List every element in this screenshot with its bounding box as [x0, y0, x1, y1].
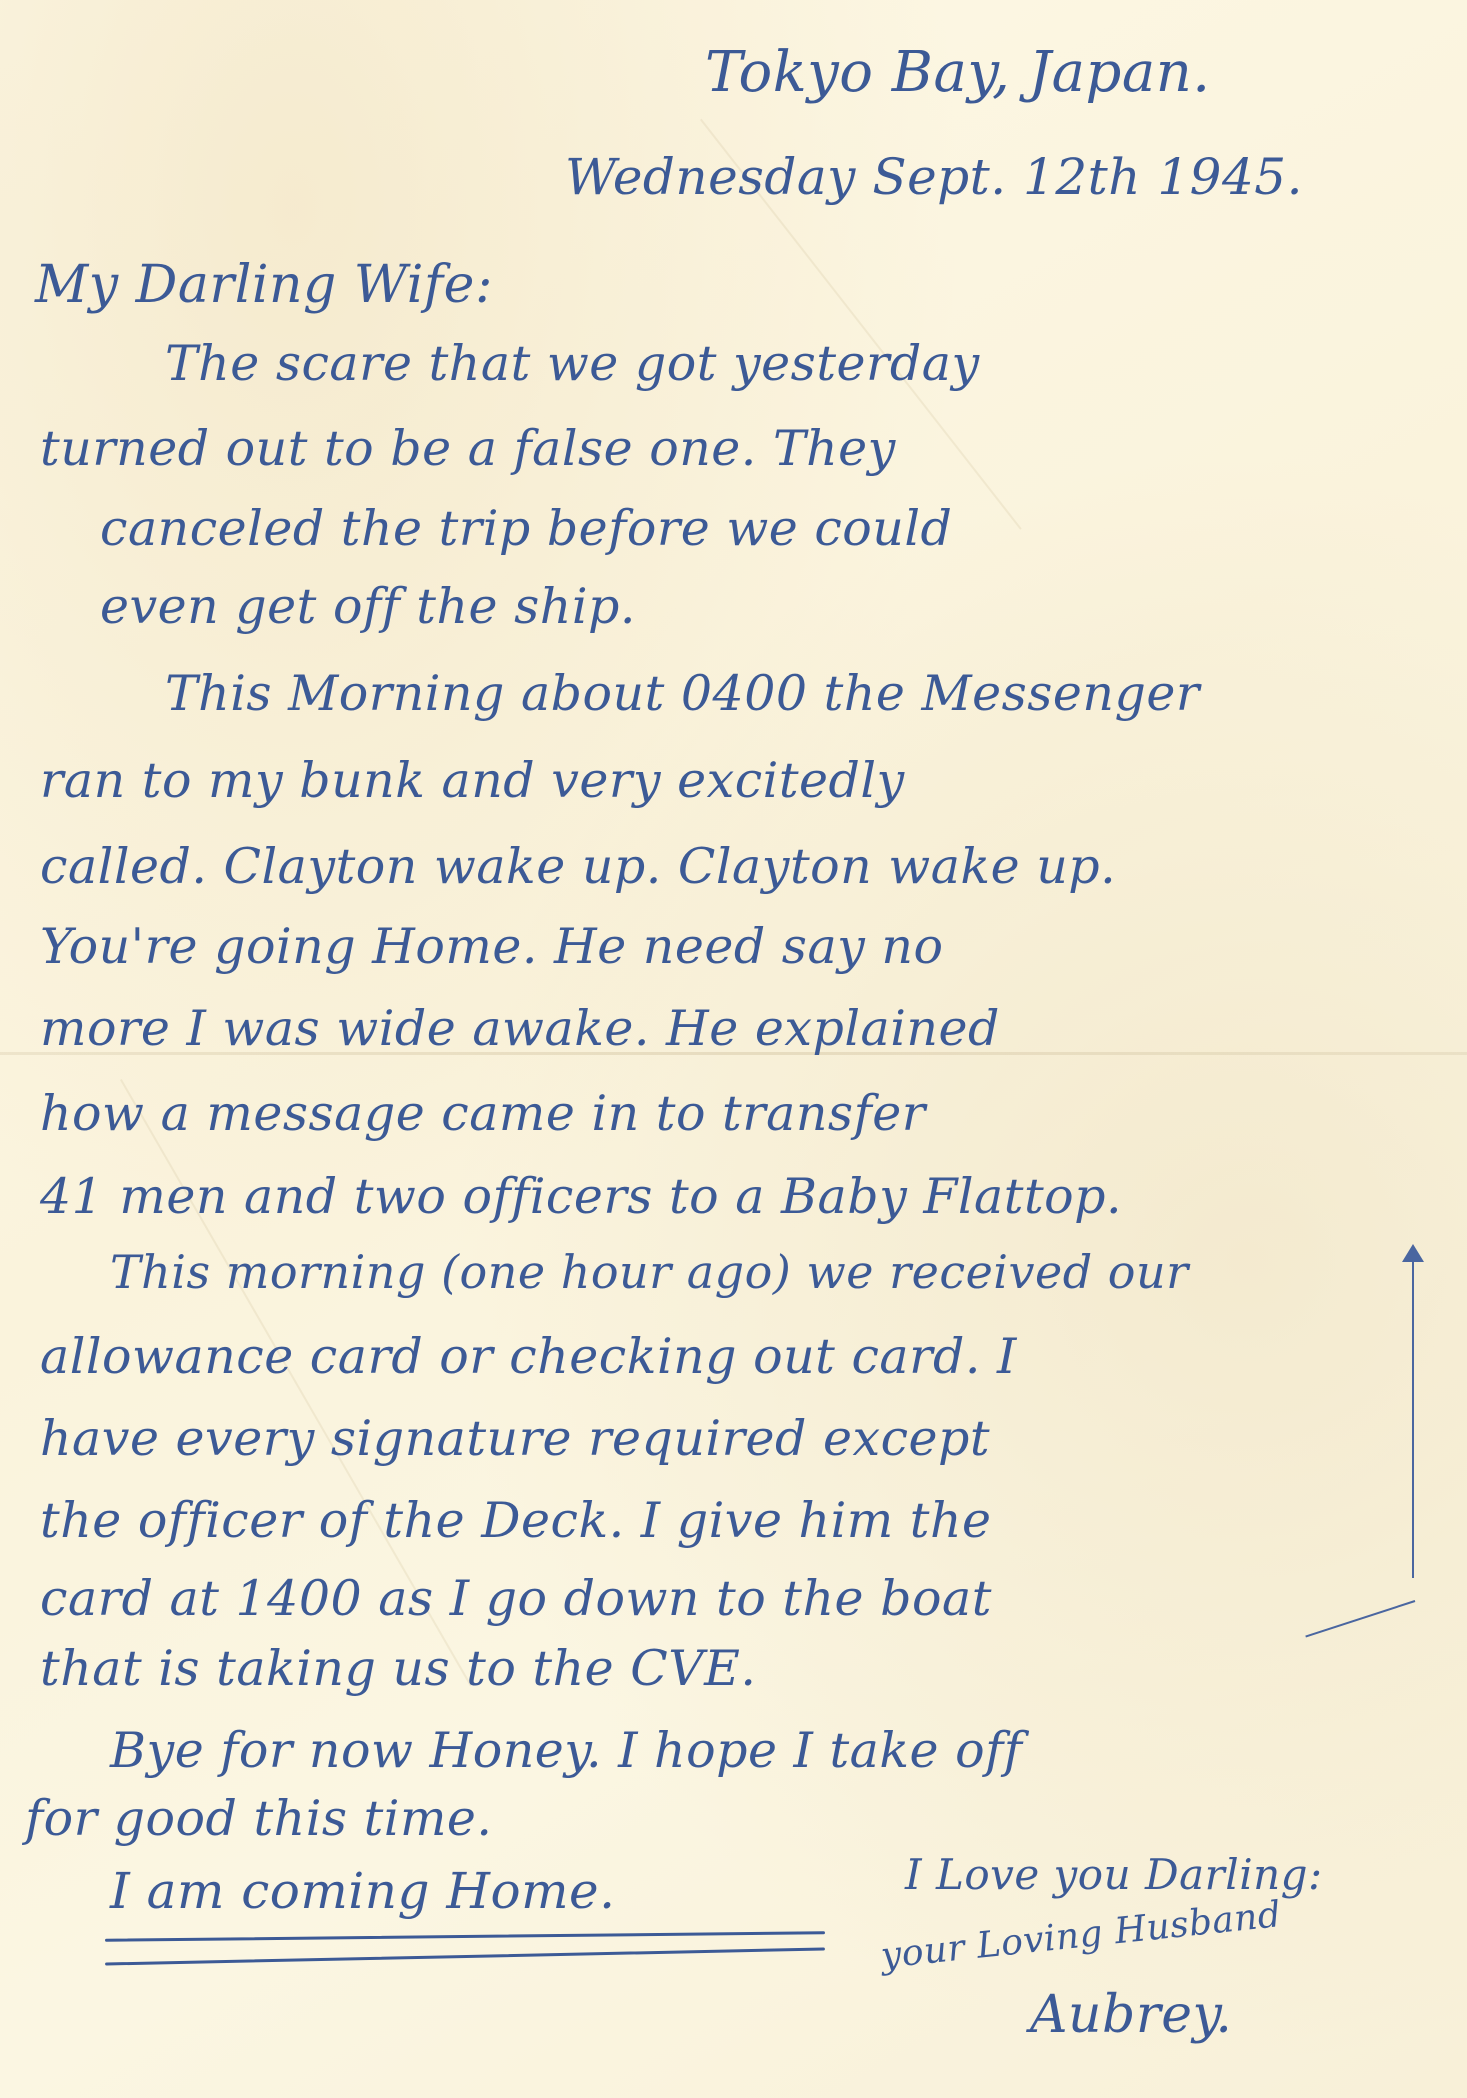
- body-line: 41 men and two officers to a Baby Flatto…: [40, 1168, 1122, 1225]
- body-line: how a message came in to transfer: [40, 1085, 926, 1142]
- body-line: card at 1400 as I go down to the boat: [40, 1570, 992, 1627]
- body-line: allowance card or checking out card. I: [40, 1328, 1017, 1385]
- body-line: the officer of the Deck. I give him the: [40, 1492, 992, 1549]
- body-line: canceled the trip before we could: [100, 500, 952, 557]
- margin-arrow-line: [1412, 1248, 1414, 1578]
- body-line: ran to my bunk and very excitedly: [40, 752, 905, 809]
- salutation: My Darling Wife:: [35, 255, 493, 315]
- letter-page: Tokyo Bay, Japan. Wednesday Sept. 12th 1…: [0, 0, 1467, 2098]
- emphasis-underline: [105, 1931, 825, 1942]
- signature: Aubrey.: [1030, 1985, 1232, 2045]
- body-line: This morning (one hour ago) we received …: [110, 1245, 1189, 1299]
- letter-location: Tokyo Bay, Japan.: [705, 40, 1211, 105]
- body-line: This Morning about 0400 the Messenger: [165, 665, 1200, 722]
- emphasis-underline: [105, 1947, 825, 1965]
- body-line: have every signature required except: [40, 1410, 990, 1467]
- body-line: even get off the ship.: [100, 578, 636, 635]
- closing-love: I Love you Darling:: [905, 1850, 1323, 1899]
- body-line: for good this time.: [25, 1790, 493, 1847]
- emphasis-line: I am coming Home.: [110, 1862, 615, 1920]
- body-line: You're going Home. He need say no: [40, 918, 943, 975]
- closing-husband: your Loving Husband: [879, 1894, 1283, 1977]
- margin-arrow-tail: [1305, 1600, 1415, 1637]
- body-line: called. Clayton wake up. Clayton wake up…: [40, 838, 1116, 895]
- body-line: Bye for now Honey. I hope I take off: [110, 1722, 1022, 1779]
- body-line: The scare that we got yesterday: [165, 335, 980, 392]
- body-line: that is taking us to the CVE.: [40, 1640, 756, 1697]
- letter-date: Wednesday Sept. 12th 1945.: [565, 148, 1303, 206]
- body-line: more I was wide awake. He explained: [40, 1000, 1000, 1057]
- body-line: turned out to be a false one. They: [40, 420, 896, 477]
